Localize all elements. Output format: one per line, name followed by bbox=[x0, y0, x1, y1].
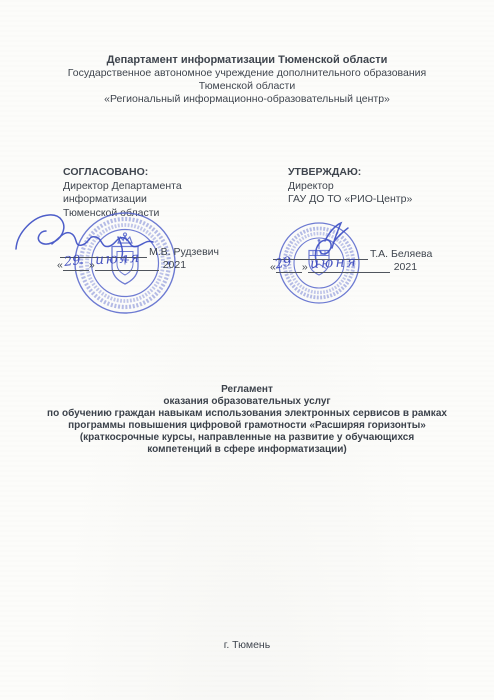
org-header-line-4: «Региональный информационно-образователь… bbox=[0, 93, 494, 106]
agreed-heading: СОГЛАСОВАНО: bbox=[63, 166, 263, 180]
org-header-line-3: Тюменской области bbox=[0, 80, 494, 93]
agreed-year: 2021 bbox=[163, 259, 186, 271]
approved-block: УТВЕРЖДАЮ: Директор ГАУ ДО ТО «РИО-Центр… bbox=[288, 166, 488, 207]
title-line-4: программы повышения цифровой грамотности… bbox=[0, 420, 494, 432]
approved-heading: УТВЕРЖДАЮ: bbox=[288, 166, 488, 180]
title-line-1: Регламент bbox=[0, 384, 494, 396]
approved-role-line-1: Директор bbox=[288, 180, 488, 194]
agreed-role-line-2: информатизации bbox=[63, 193, 263, 207]
org-header-line-1: Департамент информатизации Тюменской обл… bbox=[0, 54, 494, 67]
title-line-5: (краткосрочные курсы, направленные на ра… bbox=[0, 432, 494, 444]
approved-date-row: « » 2021 29 июня bbox=[270, 260, 417, 273]
document-title: Регламент оказания образовательных услуг… bbox=[0, 384, 494, 456]
document-page: Департамент информатизации Тюменской обл… bbox=[0, 0, 494, 700]
approved-handwritten-month: июня bbox=[310, 254, 358, 272]
title-line-2: оказания образовательных услуг bbox=[0, 396, 494, 408]
organization-header: Департамент информатизации Тюменской обл… bbox=[0, 54, 494, 106]
approved-year: 2021 bbox=[394, 261, 417, 273]
agreed-role-line-1: Директор Департамента bbox=[63, 180, 263, 194]
agreed-handwritten-month: июля bbox=[95, 250, 141, 268]
agreed-handwritten-day: 29 bbox=[63, 253, 81, 270]
footer-city: г. Тюмень bbox=[0, 639, 494, 651]
title-line-6: компетенций в сфере информатизации) bbox=[0, 444, 494, 456]
city-label: г. Тюмень bbox=[224, 639, 270, 651]
org-header-line-2: Государственное автономное учреждение до… bbox=[0, 67, 494, 80]
approved-signer-name: Т.А. Беляева bbox=[370, 248, 432, 260]
approved-role-line-2: ГАУ ДО ТО «РИО-Центр» bbox=[288, 193, 488, 207]
agreed-date-row: « » 2021 29 июля bbox=[57, 258, 186, 271]
title-line-3: по обучению граждан навыкам использовани… bbox=[0, 408, 494, 420]
agreed-signer-name: М.В. Рудзевич bbox=[149, 246, 219, 258]
